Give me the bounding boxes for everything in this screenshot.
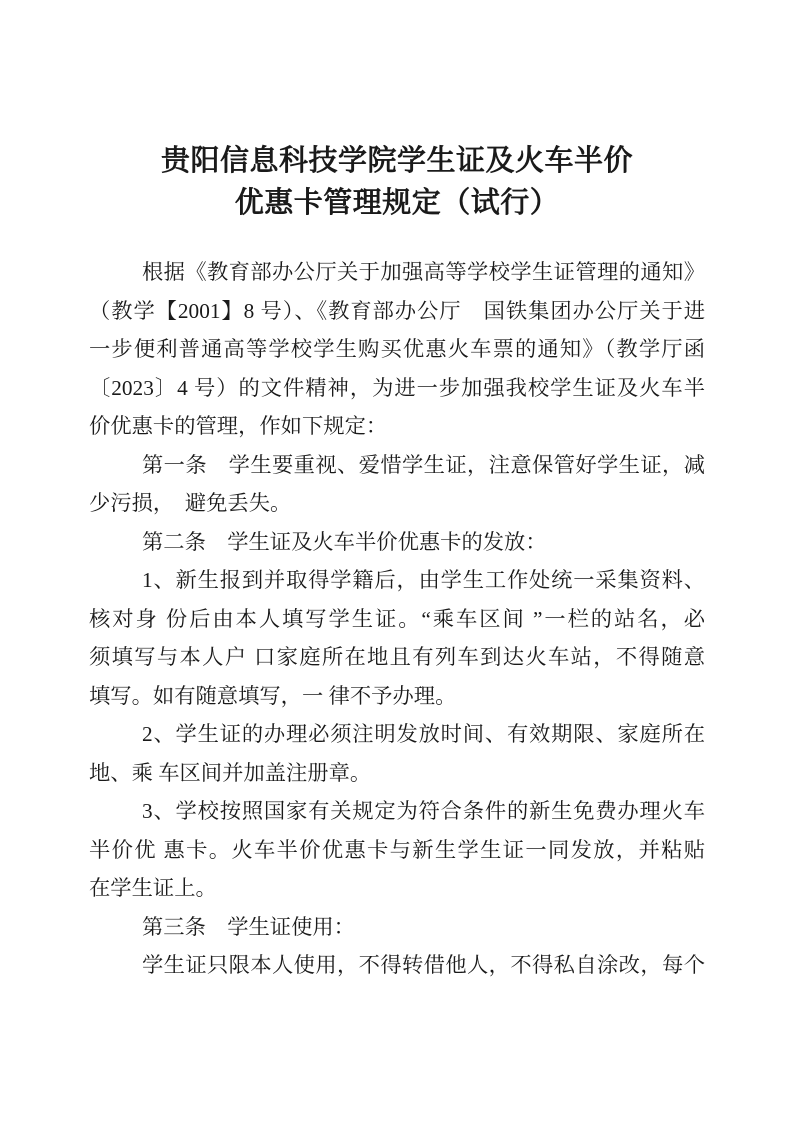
body-line: 少污损， 避免丢失。 bbox=[89, 484, 705, 523]
body-line: 半价优 惠卡。火车半价优惠卡与新生学生证一同发放，并粘贴 bbox=[89, 831, 705, 870]
body-line: 在学生证上。 bbox=[89, 869, 705, 908]
body-line: 3、学校按照国家有关规定为符合条件的新生免费办理火车 bbox=[89, 792, 705, 831]
body-line: 价优惠卡的管理，作如下规定： bbox=[89, 407, 705, 446]
body-line: 填写。如有随意填写，一 律不予办理。 bbox=[89, 677, 705, 716]
body-line: （教学【2001】8 号）、《教育部办公厅 国铁集团办公厅关于进 bbox=[89, 292, 705, 331]
title-line-2: 优惠卡管理规定（试行） bbox=[89, 182, 705, 224]
title-line-1: 贵阳信息科技学院学生证及火车半价 bbox=[89, 140, 705, 182]
body-line: 1、新生报到并取得学籍后，由学生工作处统一采集资料、 bbox=[89, 561, 705, 600]
body-line: 一步便利普通高等学校学生购买优惠火车票的通知》（教学厅函 bbox=[89, 330, 705, 369]
body-line: 第三条 学生证使用： bbox=[89, 908, 705, 947]
body-line: 核对身 份后由本人填写学生证。“乘车区间 ”一栏的站名，必 bbox=[89, 600, 705, 639]
document-title: 贵阳信息科技学院学生证及火车半价 优惠卡管理规定（试行） bbox=[89, 140, 705, 224]
document-body: 根据《教育部办公厅关于加强高等学校学生证管理的通知》 （教学【2001】8 号）… bbox=[89, 253, 705, 985]
body-line: 第二条 学生证及火车半价优惠卡的发放： bbox=[89, 523, 705, 562]
document-content: 贵阳信息科技学院学生证及火车半价 优惠卡管理规定（试行） 根据《教育部办公厅关于… bbox=[89, 140, 705, 985]
body-line: 地、乘 车区间并加盖注册章。 bbox=[89, 754, 705, 793]
body-line: 学生证只限本人使用，不得转借他人，不得私自涂改，每个 bbox=[89, 946, 705, 985]
document-page: 贵阳信息科技学院学生证及火车半价 优惠卡管理规定（试行） 根据《教育部办公厅关于… bbox=[0, 0, 793, 1122]
body-line: 〔2023〕4 号）的文件精神，为进一步加强我校学生证及火车半 bbox=[89, 369, 705, 408]
body-line: 2、学生证的办理必须注明发放时间、有效期限、家庭所在 bbox=[89, 715, 705, 754]
body-line: 第一条 学生要重视、爱惜学生证，注意保管好学生证，减 bbox=[89, 446, 705, 485]
body-line: 须填写与本人户 口家庭所在地且有列车到达火车站，不得随意 bbox=[89, 638, 705, 677]
body-line: 根据《教育部办公厅关于加强高等学校学生证管理的通知》 bbox=[89, 253, 705, 292]
